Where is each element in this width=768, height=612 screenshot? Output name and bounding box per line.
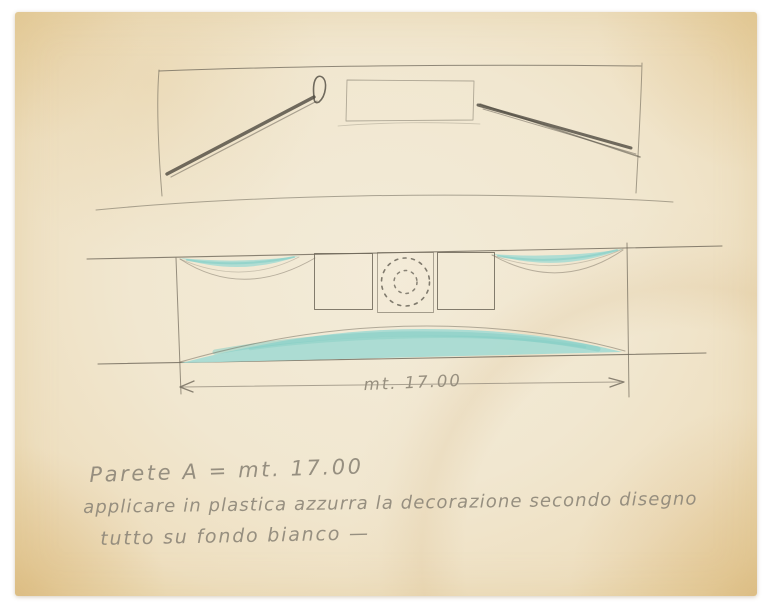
panel-dashes-left	[315, 254, 373, 310]
plan-baseline-curve	[96, 195, 673, 210]
panel-dashes-right	[438, 253, 495, 310]
plan-outline-left	[158, 70, 162, 196]
plan-right-diagonal-stroke-3	[483, 109, 636, 154]
plan-center-rect-underline	[338, 123, 480, 126]
plan-needle-loop	[314, 76, 326, 102]
plan-right-diagonal-stroke-2	[480, 104, 640, 157]
plan-sketch	[96, 63, 673, 210]
elevation-right-edge	[627, 243, 629, 397]
dimension-annotation: mt. 17.00	[180, 371, 624, 394]
plan-center-rect	[346, 80, 474, 121]
plan-outline-right	[636, 63, 642, 193]
scanned-sketch-page: mt. 17.00 Parete A = mt. 17.00 applicare…	[0, 0, 768, 612]
plan-left-diagonal-shadow	[171, 101, 317, 177]
plan-outline-top	[159, 65, 641, 71]
panel-circles-border	[378, 253, 434, 313]
sketch-drawing: mt. 17.00	[0, 0, 768, 612]
panel-outer-dashed-circle	[382, 258, 430, 306]
elevation-left-edge	[176, 258, 181, 394]
panel-circles-center	[378, 253, 434, 313]
panel-inner-dashed-circle	[394, 271, 417, 294]
dimension-label: mt. 17.00	[363, 371, 462, 394]
plan-left-diagonal-stroke	[167, 97, 314, 174]
